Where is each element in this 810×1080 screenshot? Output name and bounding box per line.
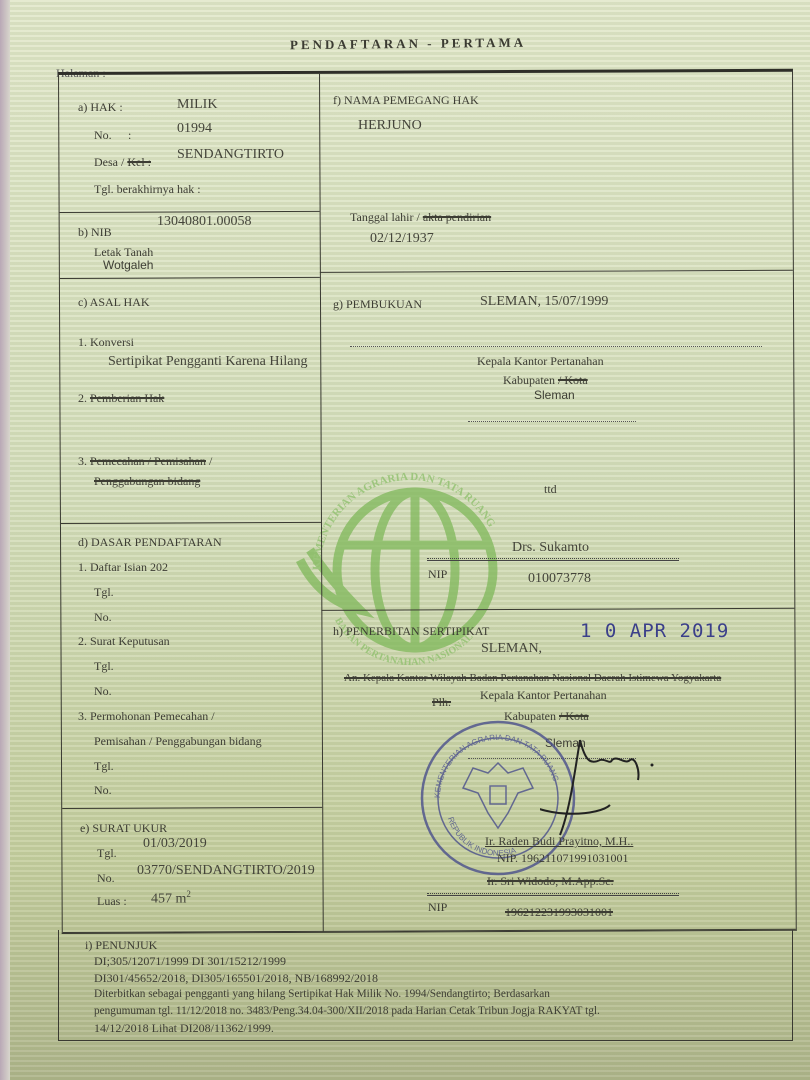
- h-nip-label: NIP: [428, 900, 447, 915]
- nib-value: 13040801.00058: [157, 214, 252, 230]
- dasar-item-1-no: No.: [94, 610, 112, 625]
- penunjuk-line-5: 14/12/2018 Lihat DI208/11362/1999.: [94, 1021, 274, 1036]
- asal-item-konversi: 1. Konversi: [78, 335, 134, 350]
- penunjuk-title: i) PENUNJUK: [85, 938, 157, 953]
- dotted-line: [350, 346, 762, 347]
- dasar-item-1: 1. Daftar Isian 202: [78, 560, 168, 575]
- asal-konversi-value: Sertipikat Pengganti Karena Hilang: [108, 354, 307, 370]
- surat-ukur-tgl-label: Tgl.: [97, 846, 117, 861]
- dasar-item-1-tgl: Tgl.: [94, 585, 114, 600]
- dasar-title: d) DASAR PENDAFTARAN: [78, 535, 222, 550]
- dob-label: Tanggal lahir / akta pendirian: [350, 210, 491, 225]
- hak-value: MILIK: [177, 97, 217, 113]
- dob-value: 02/12/1937: [370, 231, 434, 247]
- surat-ukur-number: 03770/SENDANGTIRTO/2019: [137, 863, 315, 879]
- issue-date-stamp: 1 0 APR 2019: [580, 620, 729, 642]
- dasar-item-3b: Pemisahan / Penggabungan bidang: [94, 734, 262, 749]
- nib-label: b) NIB: [78, 225, 112, 240]
- asal-hak-title: c) ASAL HAK: [78, 295, 150, 310]
- dasar-item-2-no: No.: [94, 684, 112, 699]
- no-colon: :: [128, 128, 131, 143]
- dasar-item-2-tgl: Tgl.: [94, 659, 114, 674]
- dasar-item-3-tgl: Tgl.: [94, 759, 114, 774]
- no-label: No.: [94, 128, 112, 143]
- penerbitan-title: h) PENERBITAN SERTIPIKAT: [333, 624, 489, 639]
- h-struck-nip: 196212231993031001: [505, 905, 613, 920]
- pembukuan-title: g) PEMBUKUAN: [333, 297, 422, 312]
- penunjuk-line-4: pengumuman tgl. 11/12/2018 no. 3483/Peng…: [94, 1005, 600, 1017]
- g-ttd: ttd: [544, 482, 557, 497]
- signature-line: [427, 893, 679, 896]
- pembukuan-place-date: SLEMAN, 15/07/1999: [480, 294, 608, 310]
- g-official-name: Drs. Sukamto: [512, 540, 589, 556]
- h-struck-official: Ir. Sri Widodo, M.App.Sc.: [487, 874, 614, 889]
- asal-item-pemberian: 2. Pemberian Hak: [78, 391, 164, 406]
- expiry-label: Tgl. berakhirnya hak :: [94, 182, 201, 197]
- h-official-name: Ir. Raden Budi Prayitno, M.H..: [485, 834, 633, 849]
- penunjuk-line-3: Diterbitkan sebagai pengganti yang hilan…: [94, 988, 550, 1000]
- h-place: SLEMAN,: [481, 641, 542, 657]
- g-kabupaten: Kabupaten / Kota: [503, 373, 588, 388]
- asal-item-penggabungan: Penggabungan bidang: [94, 474, 200, 489]
- signature-line: [427, 558, 679, 561]
- luas-label: Luas :: [97, 894, 127, 909]
- g-nip-label: NIP: [428, 567, 447, 582]
- h-struck-line: An. Kepala Kantor Wilayah Badan Pertanah…: [344, 672, 796, 684]
- h-plh-struck: Plh.: [432, 695, 451, 710]
- dasar-item-3-no: No.: [94, 783, 112, 798]
- dasar-item-3a: 3. Permohonan Pemecahan /: [78, 709, 215, 724]
- surat-ukur-no-label: No.: [97, 871, 115, 886]
- hak-label: a) HAK :: [78, 100, 123, 115]
- penunjuk-line-2: DI301/45652/2018, DI305/165501/2018, NB/…: [94, 971, 378, 986]
- holder-name: HERJUNO: [358, 118, 422, 134]
- g-region: Sleman: [534, 388, 575, 402]
- kel-struck: Kel :: [127, 155, 151, 169]
- luas-value: 457 m2: [151, 889, 191, 908]
- dotted-line: [468, 421, 636, 422]
- g-office: Kepala Kantor Pertanahan: [477, 354, 604, 369]
- certificate-number: 01994: [177, 121, 212, 137]
- pemegang-hak-title: f) NAMA PEMEGANG HAK: [333, 93, 479, 108]
- village-value: SENDANGTIRTO: [177, 147, 284, 163]
- h-official-nip: NIP. 196211071991031001: [497, 851, 629, 866]
- signature-icon: [540, 730, 670, 840]
- page-edge: [0, 0, 10, 1080]
- surat-ukur-title: e) SURAT UKUR: [80, 821, 167, 836]
- penunjuk-line-1: DI;305/12071/1999 DI 301/15212/1999: [94, 954, 286, 969]
- dasar-item-2: 2. Surat Keputusan: [78, 634, 170, 649]
- asal-item-pemecahan: 3. Pemecahan / Pemisahan /: [78, 454, 212, 469]
- surat-ukur-date: 01/03/2019: [143, 836, 207, 852]
- h-office: Kepala Kantor Pertanahan: [480, 688, 607, 703]
- g-nip-value: 010073778: [528, 571, 591, 587]
- letak-value: Wotgaleh: [103, 258, 153, 272]
- desa-label: Desa / Kel :: [94, 155, 151, 170]
- document-title: PENDAFTARAN - PERTAMA: [290, 35, 526, 53]
